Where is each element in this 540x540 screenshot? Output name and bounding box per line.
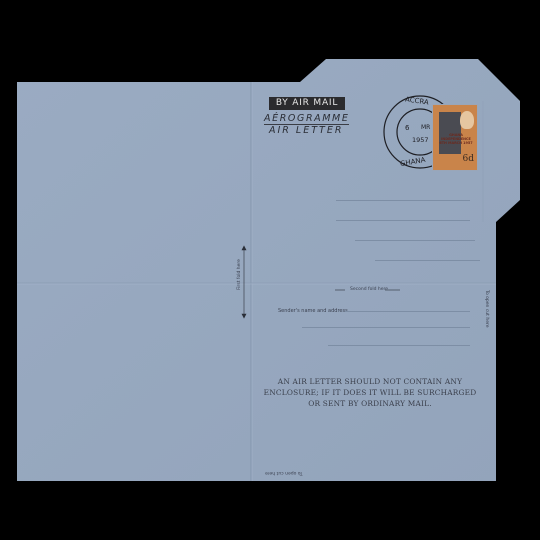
- address-line: [336, 200, 470, 201]
- stamp-overprint: GHANA INDEPENDENCE 6TH MARCH 1957: [439, 133, 473, 145]
- aerogramme-title: AÉROGRAMME: [264, 113, 349, 125]
- sender-line: [345, 311, 470, 312]
- sender-label: Sender's name and address: [278, 308, 348, 314]
- air-letter-title: AIR LETTER: [269, 125, 343, 136]
- postmark-day: 6: [405, 124, 409, 132]
- postage-stamp: GHANA INDEPENDENCE 6TH MARCH 1957 6d: [432, 104, 478, 171]
- sender-line: [328, 345, 470, 346]
- address-line: [355, 240, 475, 241]
- enclosure-notice: AN AIR LETTER SHOULD NOT CONTAIN ANY ENC…: [262, 376, 478, 409]
- postmark-month: MR: [421, 124, 430, 131]
- postmark-year: 1957: [412, 136, 429, 144]
- to-open-label-bottom: To open cut here: [265, 470, 303, 475]
- notice-line: OR SENT BY ORDINARY MAIL.: [262, 398, 478, 409]
- notice-line: ENCLOSURE; IF IT DOES IT WILL BE SURCHAR…: [262, 387, 478, 398]
- address-line: [375, 260, 480, 261]
- notice-line: AN AIR LETTER SHOULD NOT CONTAIN ANY: [262, 376, 478, 387]
- address-line: [336, 220, 470, 221]
- first-fold-label: First fold here: [237, 259, 242, 290]
- sender-line: [302, 327, 470, 328]
- aerogramme-sheet: [0, 0, 540, 540]
- stamp-value: 6d: [463, 154, 475, 164]
- second-fold-label: Second fold here: [350, 287, 388, 292]
- queen-portrait-icon: [460, 111, 474, 129]
- by-air-mail-label: BY AIR MAIL: [269, 97, 345, 110]
- to-open-label-right: To open cut here: [484, 290, 489, 328]
